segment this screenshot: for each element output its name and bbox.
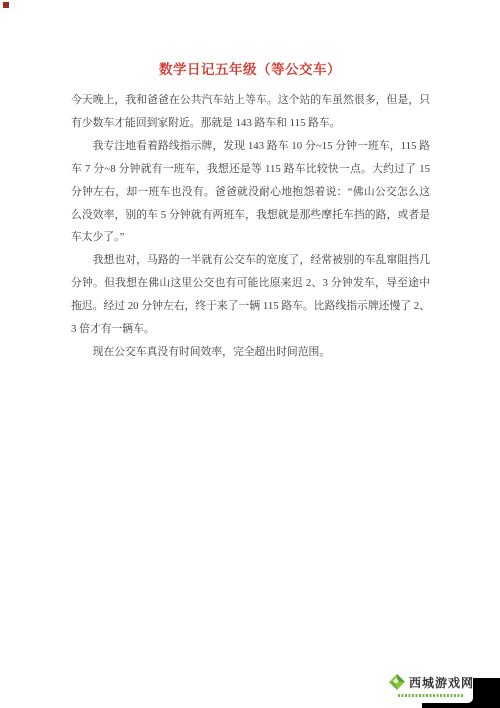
article-body: 今天晚上，我和爸爸在公共汽车站上等车。这个站的车虽然很多，但是，只有少数车才能回… <box>0 89 500 364</box>
watermark-tagline <box>398 694 464 697</box>
page-title: 数学日记五年级（等公交车） <box>40 58 460 78</box>
paragraph-3: 我想也对，马路的一半就有公交车的宽度了，经常被别的车乱窜阻挡几分钟。但我想在佛山… <box>71 249 430 341</box>
corner-red-mark <box>3 2 9 8</box>
paragraph-1: 今天晚上，我和爸爸在公共汽车站上等车。这个站的车虽然很多，但是，只有少数车才能回… <box>71 89 430 135</box>
watermark[interactable]: 西城游戏网 <box>389 665 473 703</box>
watermark-logo-icon <box>388 673 406 691</box>
watermark-site-name: 西城游戏网 <box>409 674 474 691</box>
paragraph-2: 我专注地看着路线指示牌，发现 143 路车 10 分~15 分钟一班车，115 … <box>71 135 430 250</box>
document-page: 数学日记五年级（等公交车） 今天晚上，我和爸爸在公共汽车站上等车。这个站的车虽然… <box>0 0 500 708</box>
paragraph-4: 现在公交车真没有时间效率，完全超出时间范围。 <box>71 341 430 364</box>
